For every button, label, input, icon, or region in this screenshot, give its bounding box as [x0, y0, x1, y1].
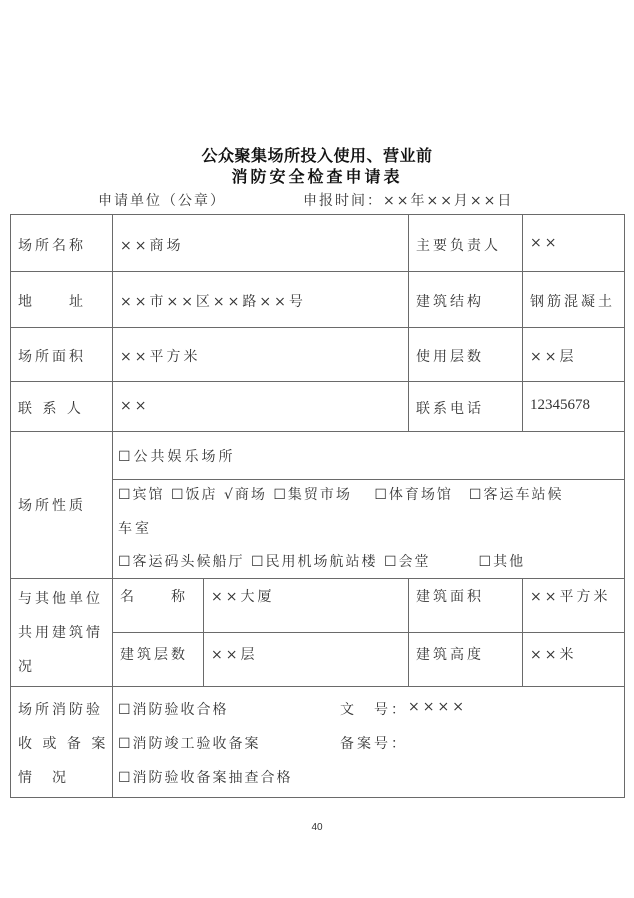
contact-label: 联 系 人	[18, 398, 84, 418]
row-divider	[112, 632, 625, 633]
principal-label: 主要负责人	[416, 235, 501, 255]
floors-used-label: 使用层数	[416, 346, 484, 366]
venue-type-options-row3[interactable]: ☐客运码头候船厅 ☐民用机场航站楼 ☐会堂 ☐其他	[118, 551, 525, 571]
shared-height-label: 建筑高度	[416, 644, 484, 664]
col-divider	[522, 214, 523, 432]
fire-acceptance-option-passed[interactable]: ☐消防验收合格	[118, 699, 229, 719]
floors-used-value[interactable]: ××层	[530, 346, 576, 366]
shared-floors-label: 建筑层数	[120, 644, 188, 664]
venue-name-value[interactable]: ××商场	[120, 235, 183, 255]
row-divider	[10, 686, 625, 687]
col-divider	[203, 578, 204, 687]
shared-name-label: 名 称	[120, 586, 188, 606]
fire-acceptance-label-l3: 情 况	[18, 767, 69, 787]
shared-area-value[interactable]: ××平方米	[530, 586, 610, 606]
doc-number-value[interactable]: ××××	[408, 699, 467, 715]
fire-acceptance-option-record[interactable]: ☐消防竣工验收备案	[118, 733, 261, 753]
structure-value[interactable]: 钢筋混凝土	[530, 291, 615, 311]
row-divider	[10, 431, 625, 432]
shared-floors-value[interactable]: ××层	[211, 644, 257, 664]
doc-number-label: 文 号：	[340, 699, 408, 719]
phone-value[interactable]: 12345678	[530, 397, 590, 414]
venue-type-label: 场所性质	[18, 495, 86, 515]
area-label: 场所面积	[18, 346, 86, 366]
area-value[interactable]: ××平方米	[120, 346, 200, 366]
shared-building-label-l1: 与其他单位	[18, 588, 103, 608]
table-border-right	[624, 214, 625, 798]
col-divider	[408, 214, 409, 432]
venue-name-label: 场所名称	[18, 235, 86, 255]
table-border-bottom	[10, 797, 625, 798]
row-divider	[10, 578, 625, 579]
table-border-left	[10, 214, 11, 798]
phone-label: 联系电话	[416, 398, 484, 418]
venue-type-options-row2[interactable]: ☐宾馆 ☐饭店 √商场 ☐集贸市场 ☐体育场馆 ☐客运车站候	[118, 484, 563, 504]
fire-acceptance-label-l2: 收 或 备 案	[18, 733, 108, 753]
contact-value[interactable]: ××	[120, 398, 149, 414]
shared-building-label-l3: 况	[18, 656, 35, 676]
row-divider	[10, 327, 625, 328]
col-divider	[112, 214, 113, 798]
fire-acceptance-label-l1: 场所消防验	[18, 699, 103, 719]
shared-building-label-l2: 共用建筑情	[18, 622, 103, 642]
col-divider	[408, 578, 409, 687]
record-number-label: 备案号：	[340, 733, 408, 753]
structure-label: 建筑结构	[416, 291, 484, 311]
row-divider	[10, 271, 625, 272]
shared-height-value[interactable]: ××米	[530, 644, 576, 664]
venue-type-option-entertainment[interactable]: ☐公共娱乐场所	[118, 446, 236, 466]
page-number: 40	[0, 822, 634, 833]
address-label: 地 址	[18, 291, 86, 311]
address-value[interactable]: ××市××区××路××号	[120, 291, 306, 311]
report-time: 申报时间：××年××月××日	[303, 190, 513, 210]
col-divider	[522, 578, 523, 687]
row-divider	[112, 479, 625, 480]
table-border-top	[10, 214, 625, 215]
form-title-line1: 公众聚集场所投入使用、营业前	[0, 143, 634, 166]
shared-name-value[interactable]: ××大厦	[211, 586, 274, 606]
venue-type-options-row2-wrap: 车室	[118, 518, 152, 538]
applicant-label: 申请单位（公章）	[98, 190, 226, 210]
principal-value[interactable]: ××	[530, 235, 559, 251]
form-title-line2: 消防安全检查申请表	[0, 164, 634, 187]
row-divider	[10, 381, 625, 382]
shared-area-label: 建筑面积	[416, 586, 484, 606]
fire-acceptance-option-spotcheck[interactable]: ☐消防验收备案抽查合格	[118, 767, 293, 787]
